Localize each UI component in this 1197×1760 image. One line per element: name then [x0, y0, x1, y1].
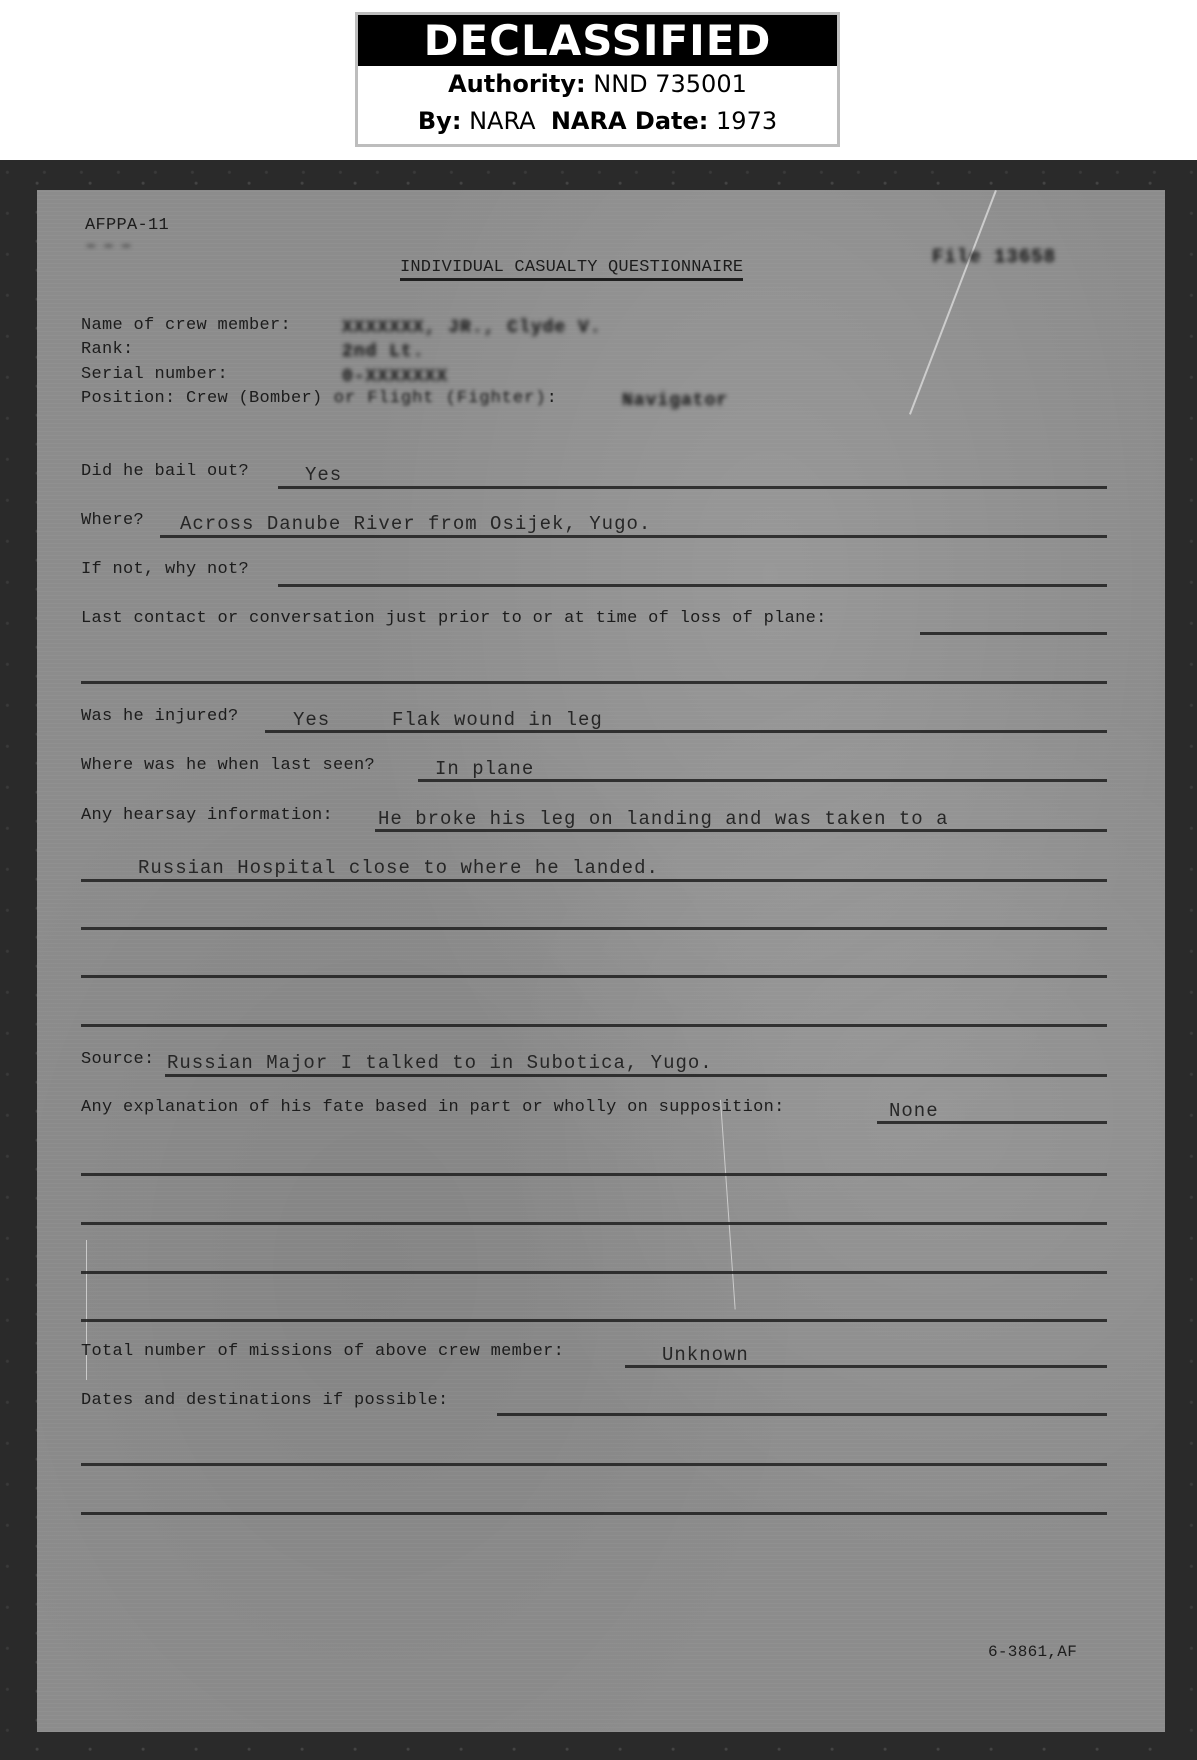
- authority-value: NND 735001: [593, 70, 747, 98]
- serial-label: Serial number:: [81, 365, 228, 384]
- answer-line: [375, 829, 1107, 832]
- answer-line: [81, 975, 1107, 978]
- stamp-authority: Authority: NND 735001: [358, 66, 837, 103]
- last-seen-label: Where was he when last seen?: [81, 756, 375, 775]
- answer-line: [81, 1173, 1107, 1176]
- date-value: 1973: [716, 107, 777, 135]
- injured-detail: Flak wound in leg: [392, 709, 603, 731]
- position-label: Position: Crew (Bomber) or Flight (Fight…: [81, 389, 557, 408]
- answer-line: [81, 927, 1107, 930]
- name-label: Name of crew member:: [81, 316, 291, 335]
- missions-value: Unknown: [662, 1344, 749, 1366]
- injured-label: Was he injured?: [81, 707, 239, 726]
- hearsay-line-1: He broke his leg on landing and was take…: [378, 808, 949, 830]
- answer-line: [81, 879, 1107, 882]
- source-value: Russian Major I talked to in Subotica, Y…: [167, 1052, 713, 1074]
- answer-line: [278, 486, 1107, 489]
- last-contact-label: Last contact or conversation just prior …: [81, 609, 827, 628]
- answer-line: [81, 1512, 1107, 1515]
- position-struck-text: or Flight (Fighter): [323, 389, 547, 408]
- form-sub-smudge: — — —: [87, 238, 131, 253]
- answer-line: [165, 1074, 1107, 1077]
- document-page: [37, 190, 1165, 1732]
- dates-label: Dates and destinations if possible:: [81, 1391, 449, 1410]
- answer-line: [81, 1463, 1107, 1466]
- answer-line: [265, 730, 1107, 733]
- answer-line: [81, 1319, 1107, 1322]
- form-id: AFPPA-11: [85, 216, 169, 235]
- answer-line: [81, 1271, 1107, 1274]
- answer-line: [497, 1413, 1107, 1416]
- source-label: Source:: [81, 1050, 155, 1069]
- hearsay-label: Any hearsay information:: [81, 806, 333, 825]
- answer-line: [81, 681, 1107, 684]
- stamp-by-date: By: NARA NARA Date: 1973: [358, 103, 837, 140]
- bail-out-label: Did he bail out?: [81, 462, 249, 481]
- serial-value: 0-XXXXXXX: [342, 367, 448, 387]
- rank-label: Rank:: [81, 340, 134, 359]
- if-not-label: If not, why not?: [81, 560, 249, 579]
- date-label: NARA Date:: [551, 107, 709, 135]
- footer-code: 6-3861,AF: [988, 1643, 1077, 1661]
- file-reference-redacted: File 13658: [932, 246, 1056, 268]
- where-value: Across Danube River from Osijek, Yugo.: [180, 513, 651, 535]
- injured-value: Yes: [293, 709, 330, 731]
- stamp-title: DECLASSIFIED: [358, 15, 837, 66]
- position-value: Navigator: [622, 391, 728, 411]
- explanation-value: None: [889, 1100, 939, 1122]
- page-title: INDIVIDUAL CASUALTY QUESTIONNAIRE: [400, 258, 743, 281]
- answer-line: [920, 632, 1107, 635]
- declassified-stamp: DECLASSIFIED Authority: NND 735001 By: N…: [355, 12, 840, 147]
- answer-line: [418, 779, 1107, 782]
- answer-line: [278, 584, 1107, 587]
- position-colon: :: [547, 389, 558, 408]
- by-label: By:: [418, 107, 462, 135]
- position-label-text: Position: Crew (Bomber): [81, 389, 323, 408]
- missions-label: Total number of missions of above crew m…: [81, 1342, 564, 1361]
- bail-out-value: Yes: [305, 464, 342, 486]
- by-value: NARA: [469, 107, 536, 135]
- last-seen-value: In plane: [435, 758, 534, 780]
- where-label: Where?: [81, 511, 144, 530]
- hearsay-line-2: Russian Hospital close to where he lande…: [138, 857, 659, 879]
- name-value: XXXXXXX, JR., Clyde V.: [342, 318, 602, 338]
- answer-line: [877, 1121, 1107, 1124]
- answer-line: [160, 535, 1107, 538]
- answer-line: [81, 1024, 1107, 1027]
- rank-value: 2nd Lt.: [342, 342, 425, 362]
- explanation-label: Any explanation of his fate based in par…: [81, 1098, 785, 1117]
- answer-line: [625, 1365, 1107, 1368]
- authority-label: Authority:: [448, 70, 585, 98]
- answer-line: [81, 1222, 1107, 1225]
